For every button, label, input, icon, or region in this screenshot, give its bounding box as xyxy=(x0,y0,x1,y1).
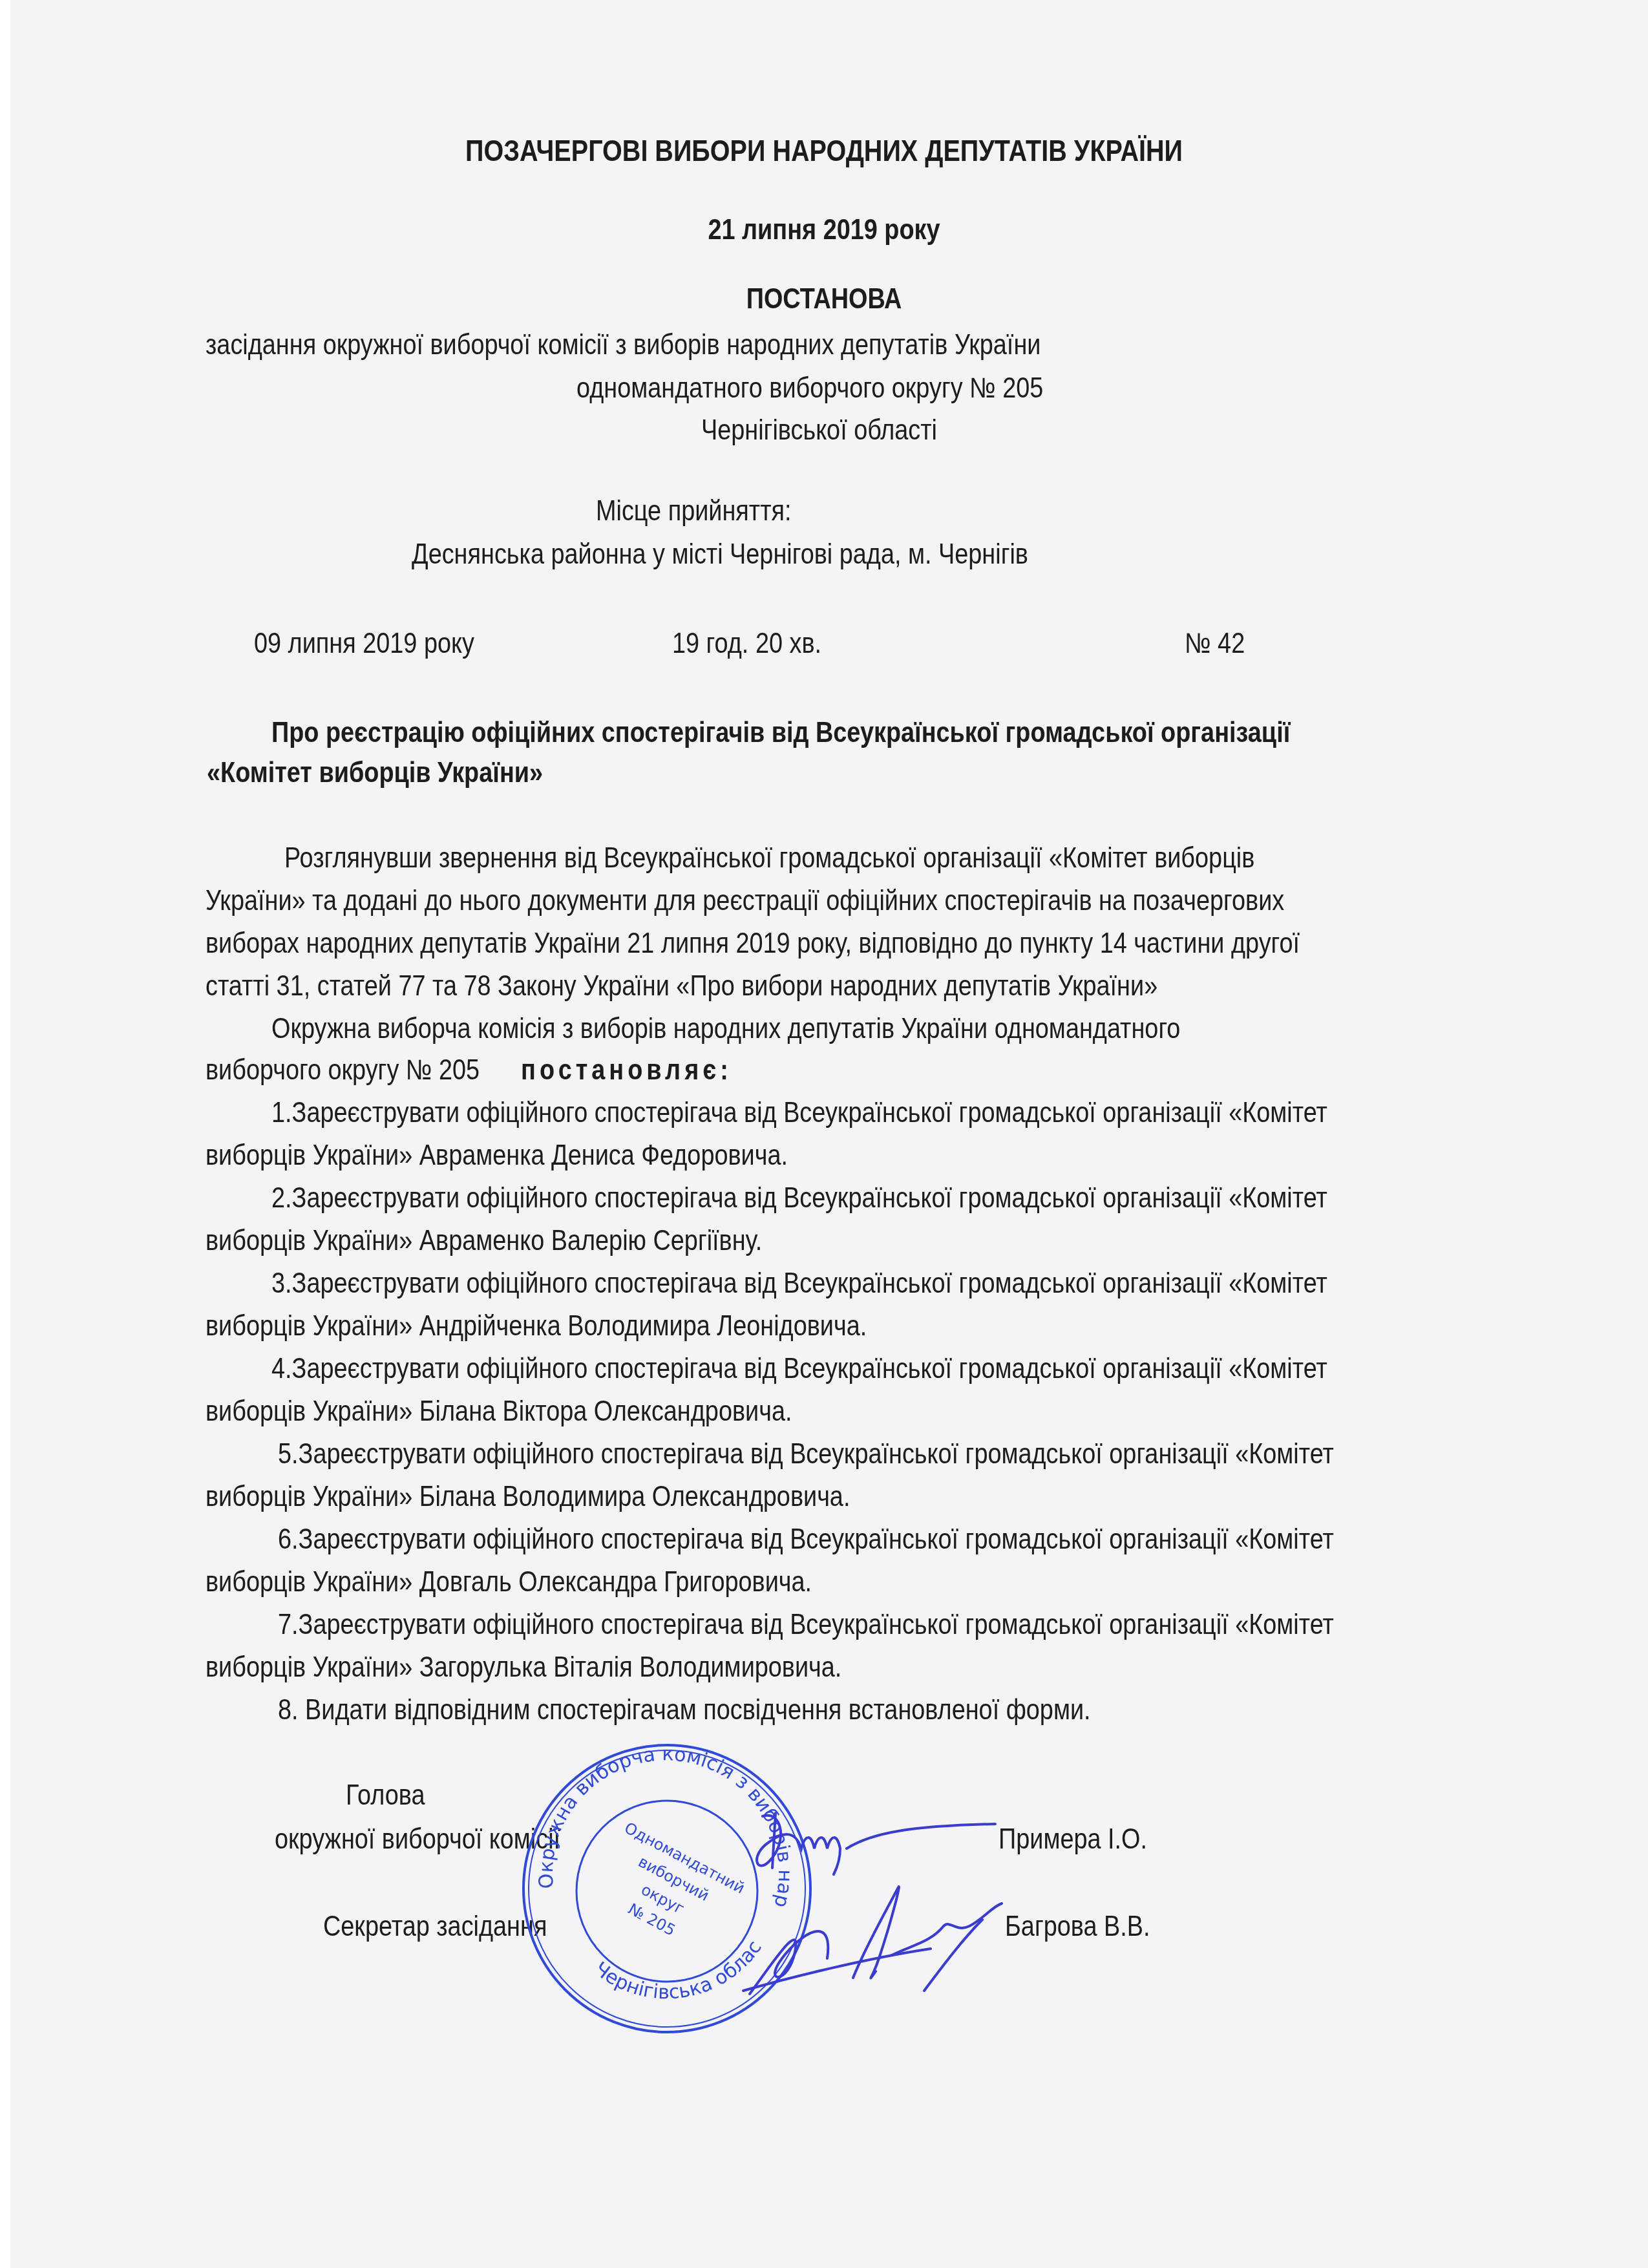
secretary-title: Секретар засідання xyxy=(323,1910,547,1944)
list-item-2: 2.Зареєструвати офіційного спостерігача … xyxy=(271,1182,1327,1215)
resolution-number: № 42 xyxy=(1185,627,1245,661)
preamble-line2: України» та додані до нього документи дл… xyxy=(206,884,1284,918)
list-item-8: 8. Видати відповідним спостерігачам посв… xyxy=(278,1693,1091,1727)
election-date: 21 липня 2019 року xyxy=(116,213,1533,247)
place-label: Місце прийняття: xyxy=(596,494,792,528)
secretary-name: Багрова В.В. xyxy=(1005,1910,1150,1944)
list-item-6-cont: виборців України» Довгаль Олександра Гри… xyxy=(206,1565,812,1599)
scan-page-edge xyxy=(0,0,10,2268)
list-item-7: 7.Зареєструвати офіційного спостерігача … xyxy=(278,1608,1334,1642)
preamble-line4: статті 31, статей 77 та 78 Закону Україн… xyxy=(206,970,1157,1003)
place-value: Деснянська районна у місті Чернігові рад… xyxy=(412,538,1028,571)
decision-line1: Окружна виборча комісія з виборів народн… xyxy=(271,1012,1180,1046)
list-item-5: 5.Зареєструвати офіційного спостерігача … xyxy=(278,1437,1334,1471)
resolution-body-line3: Чернігівської області xyxy=(701,414,937,447)
list-item-2-cont: виборців України» Авраменко Валерію Серг… xyxy=(206,1224,762,1258)
list-item-5-cont: виборців України» Білана Володимира Олек… xyxy=(206,1480,850,1514)
chair-signature-icon xyxy=(743,1803,1002,1894)
subject-line2: «Комітет виборців України» xyxy=(207,756,543,790)
resolution-time: 19 год. 20 хв. xyxy=(672,627,821,661)
preamble-line3: виборах народних депутатів України 21 ли… xyxy=(206,927,1300,960)
chair-name: Примера І.О. xyxy=(998,1823,1147,1856)
list-item-4-cont: виборців України» Білана Віктора Олексан… xyxy=(206,1395,792,1428)
list-item-1: 1.Зареєструвати офіційного спостерігача … xyxy=(271,1096,1327,1130)
list-item-3-cont: виборців України» Андрійченка Володимира… xyxy=(206,1309,867,1343)
chair-title-line1: Голова xyxy=(346,1779,425,1812)
list-item-6: 6.Зареєструвати офіційного спостерігача … xyxy=(278,1523,1334,1556)
election-title: ПОЗАЧЕРГОВІ ВИБОРИ НАРОДНИХ ДЕПУТАТІВ УК… xyxy=(116,134,1533,167)
resolution-body-line1: засідання окружної виборчої комісії з ви… xyxy=(206,328,1041,362)
list-item-7-cont: виборців України» Загорулька Віталія Вол… xyxy=(206,1651,841,1684)
preamble-line1: Розглянувши звернення від Всеукраїнської… xyxy=(284,842,1254,875)
decision-verb: постановляє: xyxy=(521,1054,732,1086)
list-item-4: 4.Зареєструвати офіційного спостерігача … xyxy=(271,1352,1327,1386)
decision-line2: виборчого округу № 205 постановляє: xyxy=(206,1054,732,1087)
resolution-body-line2: одномандатного виборчого округу № 205 xyxy=(576,372,1043,405)
list-item-1-cont: виборців України» Авраменка Дениса Федор… xyxy=(206,1139,788,1172)
subject-line1: Про реєстрацію офіційних спостерігачів в… xyxy=(271,716,1290,750)
list-item-3: 3.Зареєструвати офіційного спостерігача … xyxy=(271,1267,1327,1300)
secretary-signature-icon xyxy=(737,1881,1021,2004)
resolution-type: ПОСТАНОВА xyxy=(116,282,1533,316)
resolution-date: 09 липня 2019 року xyxy=(254,627,474,661)
decision-district: виборчого округу № 205 xyxy=(206,1054,480,1086)
